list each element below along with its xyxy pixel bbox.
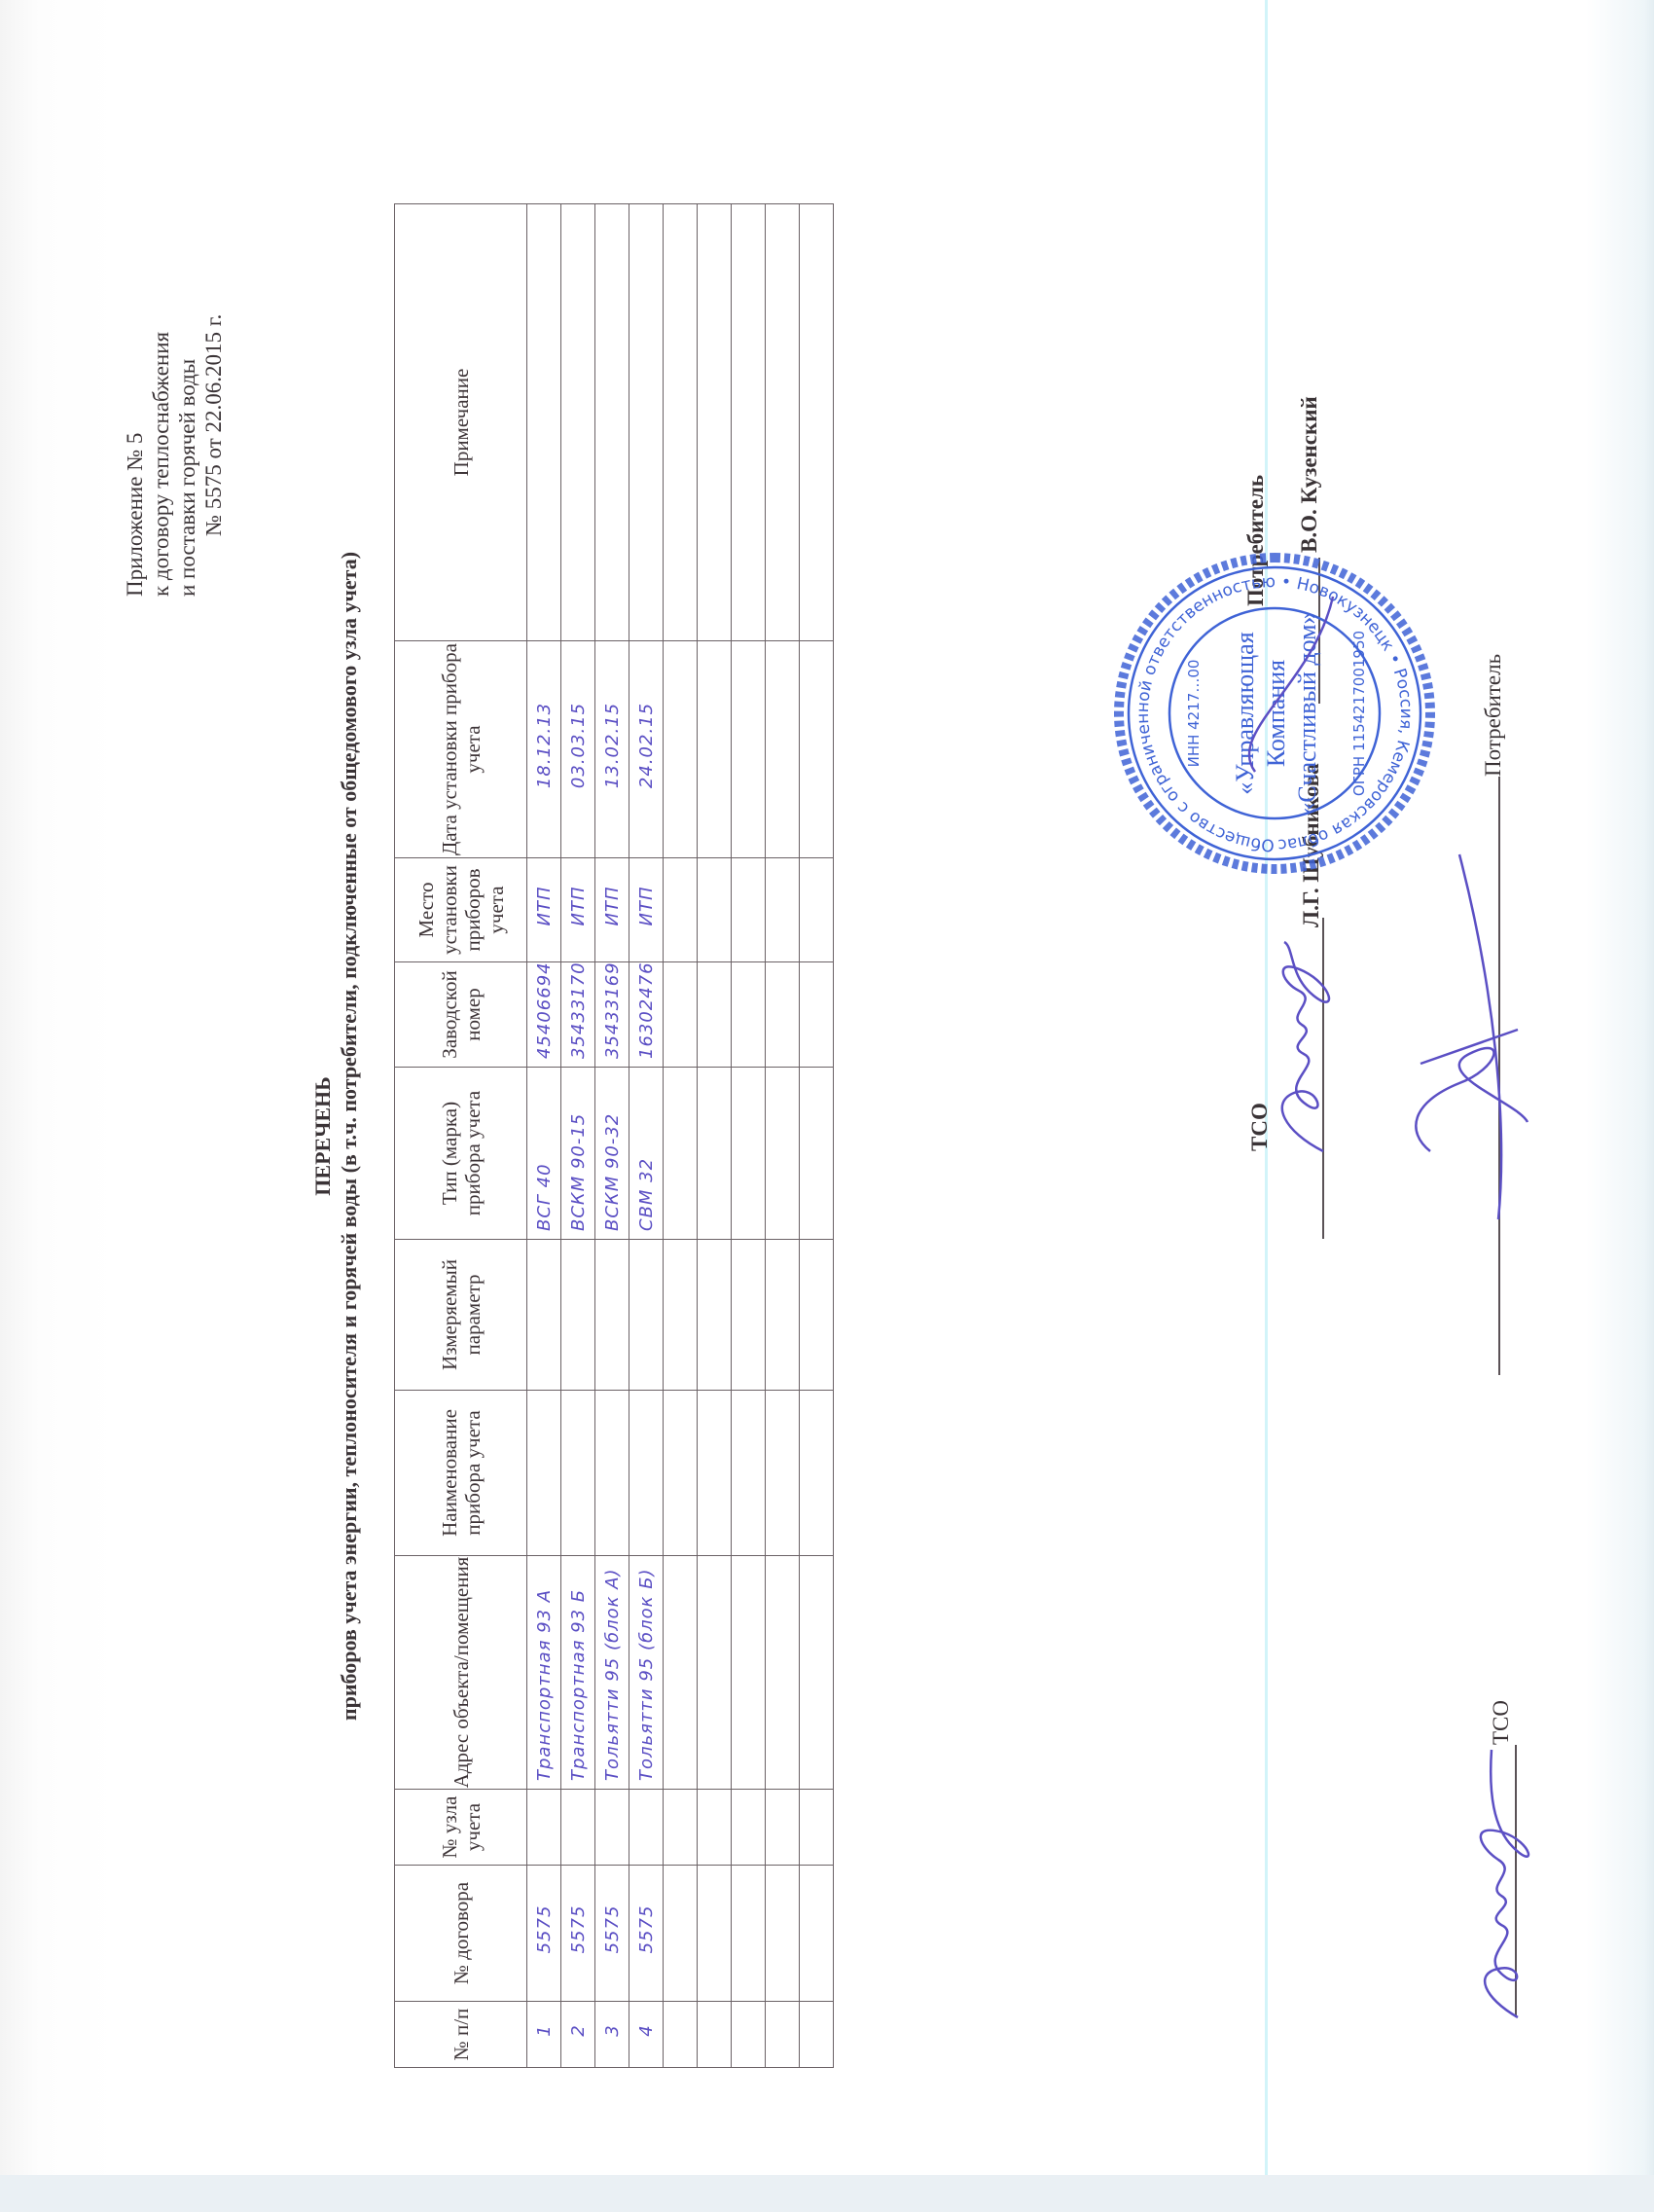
column-header: Тип (марка) прибора учета [395,1068,527,1240]
table-cell [732,204,766,641]
table-cell [698,858,732,962]
table-cell: 5575 [629,1866,664,2002]
table-cell [595,204,629,641]
column-header: Измеряемый параметр [395,1240,527,1391]
table-cell [732,1866,766,2002]
table-cell [664,1556,698,1790]
table-cell [664,1240,698,1391]
table-cell: 16302476 [629,962,664,1068]
table-cell [561,1790,595,1866]
table-cell [698,962,732,1068]
table-cell [800,1391,834,1556]
table-cell [766,1240,800,1391]
table-cell: ИТП [629,858,664,962]
company-stamp: Общество с ограниченной ответственностью… [1109,548,1440,879]
table-cell [766,1068,800,1240]
table-cell: 18.12.13 [527,641,561,858]
table-cell [766,1556,800,1790]
table-cell [698,1391,732,1556]
table-cell [766,1790,800,1866]
table-cell [732,1790,766,1866]
table-cell [527,1391,561,1556]
table-cell [664,641,698,858]
table-cell: 5575 [527,1866,561,2002]
appendix-number: Приложение № 5 [122,139,148,597]
table-cell: ВСКМ 90-32 [595,1068,629,1240]
svg-text:Компания: Компания [1262,660,1290,767]
table-cell [732,2002,766,2068]
table-cell [800,962,834,1068]
title-heading: ПЕРЕЧЕНЬ [309,204,336,2068]
table-cell [800,1556,834,1790]
table-cell: 2 [561,2002,595,2068]
column-header: № узла учета [395,1790,527,1866]
table-cell [664,2002,698,2068]
table-cell [527,204,561,641]
table-cell [732,858,766,962]
table-cell [800,1790,834,1866]
table-cell [629,1391,664,1556]
table-cell [732,962,766,1068]
column-header: Дата установки прибора учета [395,641,527,858]
table-cell: 1 [527,2002,561,2068]
table-cell: СВМ 32 [629,1068,664,1240]
table-cell: 5575 [595,1866,629,2002]
table-cell [800,204,834,641]
table-cell [766,641,800,858]
table-cell [800,2002,834,2068]
appendix-contract-line: к договору теплоснабжения [148,139,174,597]
svg-text:ИНН 4217…00: ИНН 4217…00 [1185,660,1203,768]
table-cell: Транспортная 93 А [527,1556,561,1790]
table-cell [664,1391,698,1556]
table-cell [527,1240,561,1391]
table-cell [698,1866,732,2002]
table-cell: ИТП [595,858,629,962]
table-cell: Тольятти 95 (блок А) [595,1556,629,1790]
table-cell [732,1391,766,1556]
table-cell [766,2002,800,2068]
table-row: 25575Транспортная 93 БВСКМ 90-1535433170… [561,204,595,2068]
table-cell [800,1240,834,1391]
column-header: Заводской номер [395,962,527,1068]
footer-consumer-label: Потребитель [1481,654,1506,777]
table-cell [766,204,800,641]
table-cell [698,2002,732,2068]
table-cell [732,1556,766,1790]
table-cell: 03.03.15 [561,641,595,858]
table-cell [800,1068,834,1240]
table-cell: 13.02.15 [595,641,629,858]
table-cell [629,1240,664,1391]
table-cell [698,1240,732,1391]
table-cell [595,1240,629,1391]
appendix-service-line: и поставки горячей воды [174,139,200,597]
meters-table: № п/п№ договора№ узла учетаАдрес объекта… [394,203,834,2068]
table-cell [766,962,800,1068]
table-row [698,204,732,2068]
table-row [664,204,698,2068]
table-cell [732,641,766,858]
table-cell [629,204,664,641]
table-cell: ИТП [527,858,561,962]
footer-tso-signature [1464,1735,1542,2027]
table-cell [698,641,732,858]
table-cell [766,858,800,962]
consumer-signature [1401,850,1537,1239]
table-header-row: № п/п№ договора№ узла учетаАдрес объекта… [395,204,527,2068]
column-header: № п/п [395,2002,527,2068]
table-cell [561,1391,595,1556]
table-cell: 5575 [561,1866,595,2002]
table-cell [698,1068,732,1240]
table-cell: ВСГ 40 [527,1068,561,1240]
table-row [800,204,834,2068]
title-subheading: приборов учета энергии, теплоносителя и … [336,204,362,2068]
table-row: 15575Транспортная 93 АВСГ 4045406694ИТП1… [527,204,561,2068]
document-title: ПЕРЕЧЕНЬ приборов учета энергии, теплоно… [309,204,362,2068]
column-header: № договора [395,1866,527,2002]
table-cell [561,204,595,641]
document-page: Приложение № 5 к договору теплоснабжения… [0,0,1654,2212]
table-cell [800,641,834,858]
column-header: Примечание [395,204,527,641]
table-cell [800,858,834,962]
table-cell [732,1240,766,1391]
appendix-contract-ref: № 5575 от 22.06.2015 г. [200,139,227,597]
table-cell [664,1068,698,1240]
table-row: 35575Тольятти 95 (блок А)ВСКМ 90-3235433… [595,204,629,2068]
column-header: Наименование прибора учета [395,1391,527,1556]
table-cell [664,1790,698,1866]
table-cell: 4 [629,2002,664,2068]
table-cell: ВСКМ 90-15 [561,1068,595,1240]
table-cell [595,1790,629,1866]
table-cell: 3 [595,2002,629,2068]
table-cell [766,1866,800,2002]
consumer-signatory-name: В.О. Кузенский [1297,396,1322,553]
table-cell [698,1556,732,1790]
table-cell [629,1790,664,1866]
table-cell [664,204,698,641]
table-row [766,204,800,2068]
appendix-header: Приложение № 5 к договору теплоснабжения… [122,139,227,597]
table-cell [766,1391,800,1556]
column-header: Адрес объекта/помещения [395,1556,527,1790]
table-cell [561,1240,595,1391]
tso-signature [1265,937,1343,1161]
table-cell: Транспортная 93 Б [561,1556,595,1790]
table-cell [595,1391,629,1556]
table-cell [732,1068,766,1240]
table-cell [698,1790,732,1866]
table-cell: Тольятти 95 (блок Б) [629,1556,664,1790]
table-cell: 45406694 [527,962,561,1068]
table-cell [698,204,732,641]
table-row: 45575Тольятти 95 (блок Б)СВМ 3216302476И… [629,204,664,2068]
table-cell [664,962,698,1068]
table-cell: 35433170 [561,962,595,1068]
table-cell [664,1866,698,2002]
table-cell [527,1790,561,1866]
table-row [732,204,766,2068]
table-cell [800,1866,834,2002]
column-header: Место установки приборов учета [395,858,527,962]
table-cell: ИТП [561,858,595,962]
table-cell: 24.02.15 [629,641,664,858]
table-cell: 35433169 [595,962,629,1068]
svg-text:ОГРН 1154217001950: ОГРН 1154217001950 [1350,631,1368,796]
table-cell [664,858,698,962]
